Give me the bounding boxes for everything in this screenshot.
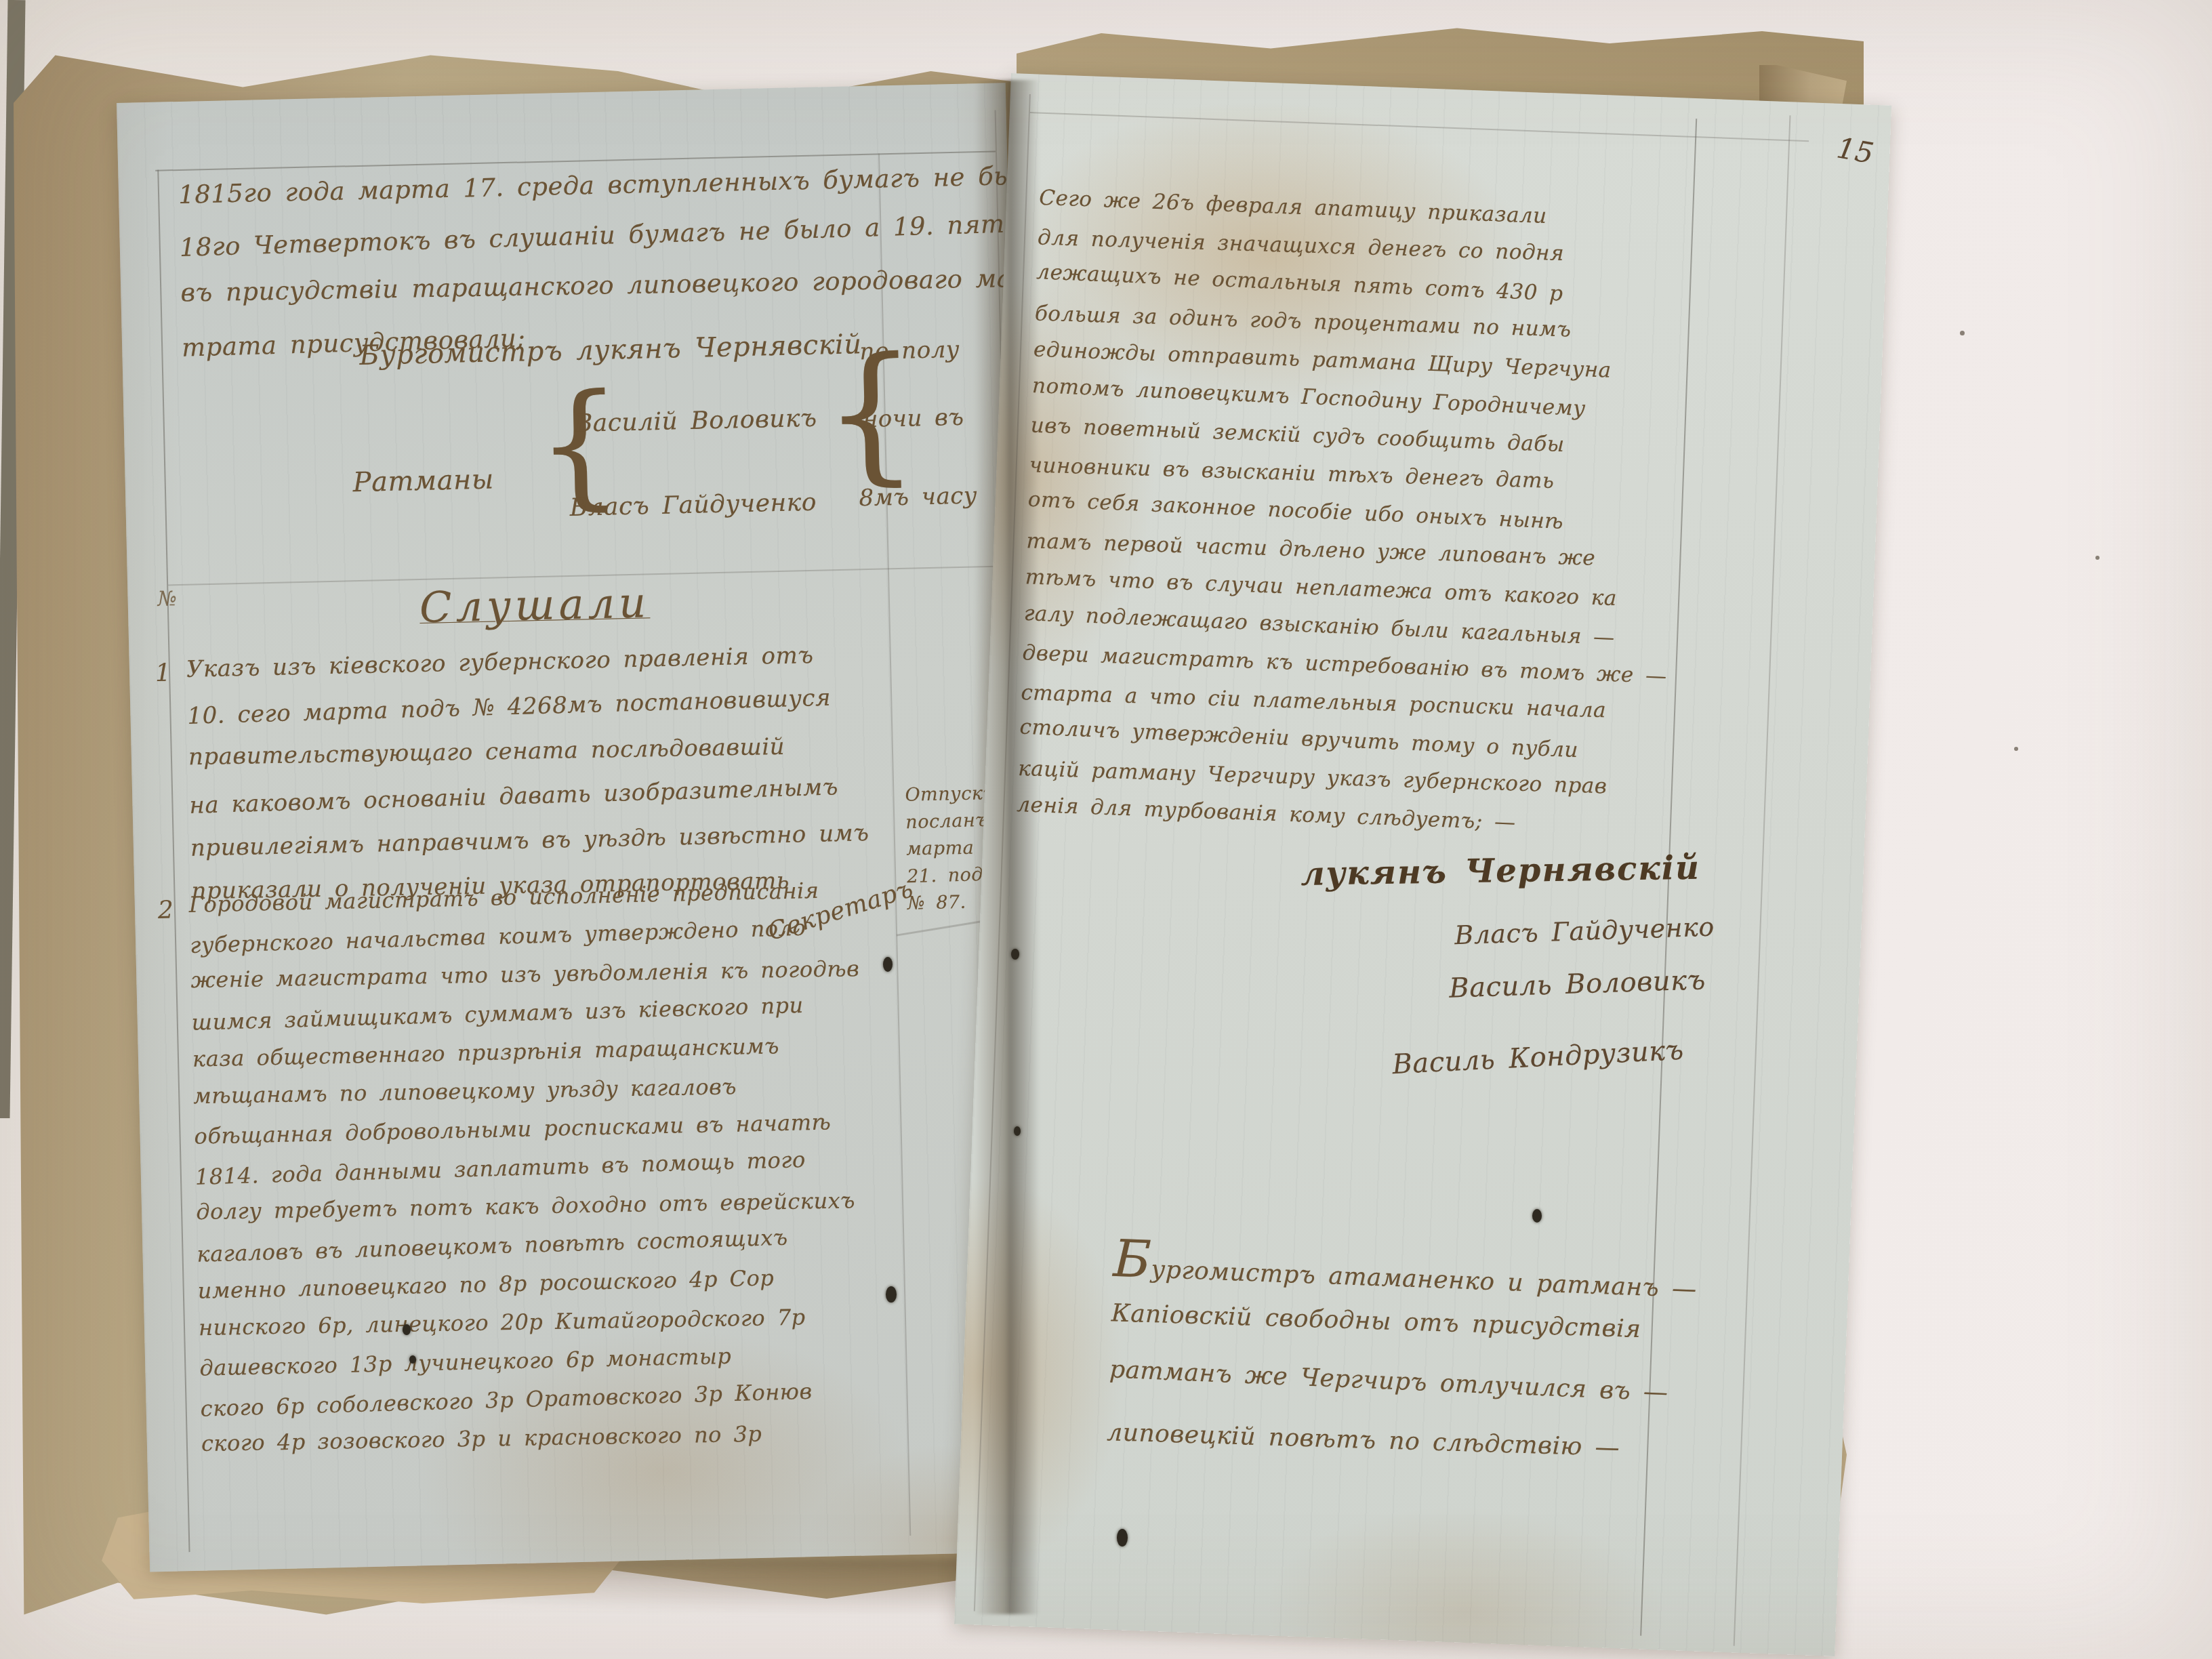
item-2-text: Городовой магистратъ во исполненіе предп… — [188, 876, 870, 1471]
session-time-line-2: ночи въ — [862, 404, 964, 433]
session-time-line-1: по полу — [859, 336, 960, 365]
worm-hole — [883, 957, 893, 972]
dust-speck — [2014, 747, 2018, 751]
ratman-name-2: Власъ Гайдученко — [569, 489, 817, 522]
worm-hole — [403, 1324, 411, 1335]
section-heading: Слушали — [344, 576, 725, 634]
sewing-hole — [1014, 1126, 1021, 1136]
number-column-marker: № — [157, 587, 178, 611]
signature-ratman-1: Власъ Гайдученко — [1454, 912, 1715, 951]
binding-gutter — [975, 80, 1040, 1614]
signature-ratman-2: Василь Воловикъ — [1449, 964, 1706, 1004]
ratman-name-1: Василій Воловикъ — [574, 405, 817, 438]
closing-paragraph: Бургомистръ атаманенко и ратманъ —Капіов… — [1105, 1238, 1698, 1498]
left-page: 1815го года марта 17. среда вступленныхъ… — [117, 83, 1039, 1572]
ruled-line-top — [1030, 112, 1809, 142]
sewing-hole — [1011, 949, 1019, 960]
worm-hole — [1117, 1529, 1128, 1547]
dust-speck — [1960, 331, 1965, 335]
item-2-number: 2 — [158, 896, 174, 924]
worm-hole — [886, 1286, 897, 1303]
manuscript-photo: 1815го года марта 17. среда вступленныхъ… — [0, 0, 2212, 1659]
right-page: 15 Сего же 26ъ февраля апатицу приказали… — [954, 73, 1891, 1656]
ratmany-label: Ратманы — [352, 464, 494, 499]
dust-speck — [2095, 556, 2100, 560]
item-1-number: 1 — [155, 659, 171, 687]
signature-secondary: Василь Кондрузикъ — [1391, 1035, 1684, 1081]
worm-hole — [1532, 1209, 1542, 1223]
resolution-paragraph: Сего же 26ъ февраля апатицу приказалидля… — [1016, 186, 1684, 854]
session-time-line-3: 8мъ часу — [859, 482, 977, 512]
folio-page-number: 15 — [1835, 131, 1877, 170]
signature-burgomistr: лукянъ Чернявскій — [1300, 849, 1700, 893]
ruled-line-right-edge — [1734, 115, 1791, 1646]
worm-hole — [409, 1355, 416, 1364]
